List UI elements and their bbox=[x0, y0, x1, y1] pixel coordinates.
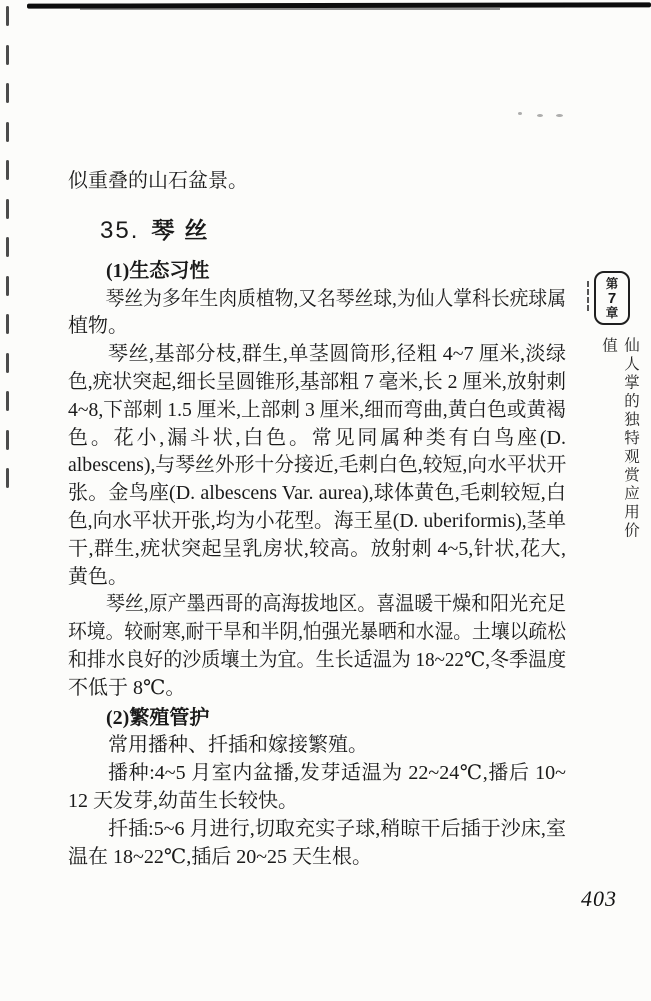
text-line: 扦插:5~6 月进行,切取充实子球,稍晾干后插于沙床,室 bbox=[68, 816, 566, 844]
edge-dash-mark bbox=[6, 314, 9, 334]
edge-dash-mark bbox=[6, 391, 9, 411]
section-heading: 35.琴丝 bbox=[100, 214, 566, 248]
text-line: 黄色。 bbox=[68, 564, 566, 592]
edge-dash-mark bbox=[6, 83, 9, 103]
chapter-title-vertical: 仙人掌的独特观赏应用价值 bbox=[597, 337, 641, 557]
chapter-suffix: 章 bbox=[606, 306, 619, 320]
text-line: 植物。 bbox=[68, 313, 566, 341]
edge-dash-mark bbox=[6, 160, 9, 180]
subsection-heading: (1)生态习性 bbox=[106, 258, 566, 286]
edge-dash-mark bbox=[6, 237, 9, 257]
edge-dash-mark bbox=[6, 199, 9, 219]
section-title: 琴丝 bbox=[151, 218, 217, 243]
edge-dash-mark bbox=[6, 122, 9, 142]
text-line: 似重叠的山石盆景。 bbox=[68, 168, 566, 196]
scan-smudge bbox=[556, 114, 563, 117]
scanned-book-page: 似重叠的山石盆景。35.琴丝(1)生态习性琴丝为多年生肉质植物,又名琴丝球,为仙… bbox=[0, 0, 651, 1001]
text-line: 色。花小,漏斗状,白色。常见同属种类有白鸟座(D. bbox=[68, 425, 566, 453]
text-column: 似重叠的山石盆景。35.琴丝(1)生态习性琴丝为多年生肉质植物,又名琴丝球,为仙… bbox=[68, 168, 566, 871]
text-line: 和排水良好的沙质壤土为宜。生长适温为 18~22℃,冬季温度 bbox=[68, 647, 542, 675]
edge-dash-mark bbox=[6, 430, 9, 450]
text-line: 常用播种、扦插和嫁接繁殖。 bbox=[68, 732, 566, 760]
text-line: 琴丝为多年生肉质植物,又名琴丝球,为仙人掌科长疣球属 bbox=[68, 286, 536, 314]
text-line: 张。金鸟座(D. albescens Var. aurea),球体黄色,毛刺较短… bbox=[68, 480, 566, 508]
text-line: albescens),与琴丝外形十分接近,毛刺白色,较短,向水平状开 bbox=[68, 452, 561, 480]
edge-dash-mark bbox=[6, 276, 9, 296]
text-line: 琴丝,原产墨西哥的高海拔地区。喜温暖干燥和阳光充足 bbox=[68, 591, 540, 619]
text-line: 干,群生,疣状突起呈乳房状,较高。放射刺 4~5,针状,花大, bbox=[68, 536, 566, 564]
scan-smudge bbox=[537, 114, 543, 117]
text-line: 4~8,下部刺 1.5 厘米,上部刺 3 厘米,细而弯曲,黄白色或黄褐 bbox=[68, 397, 558, 425]
edge-dash-mark bbox=[6, 353, 9, 373]
subsection-heading: (2)繁殖管护 bbox=[106, 705, 566, 733]
edge-dash-mark bbox=[6, 468, 9, 488]
text-line: 播种:4~5 月室内盆播,发芽适温为 22~24℃,播后 10~ bbox=[68, 760, 566, 788]
text-line: 温在 18~22℃,插后 20~25 天生根。 bbox=[68, 844, 566, 872]
text-line: 色,向水平状开张,均为小花型。海王星(D. uberiformis),茎单 bbox=[68, 508, 558, 536]
text-line: 琴丝,基部分枝,群生,单茎圆筒形,径粗 4~7 厘米,淡绿 bbox=[68, 341, 566, 369]
section-number: 35. bbox=[100, 217, 139, 244]
chapter-tab: 第 7 章 bbox=[594, 271, 630, 325]
edge-dash-mark bbox=[6, 45, 9, 65]
chapter-number: 7 bbox=[608, 291, 616, 306]
scan-smudge bbox=[518, 112, 522, 115]
text-line: 色,疣状突起,细长呈圆锥形,基部粗 7 毫米,长 2 厘米,放射刺 bbox=[68, 369, 559, 397]
text-line: 环境。较耐寒,耐干旱和半阴,怕强光暴晒和水湿。土壤以疏松 bbox=[68, 619, 536, 647]
edge-dash-mark bbox=[6, 6, 9, 26]
page-number: 403 bbox=[581, 886, 617, 912]
scan-edge-line-shadow bbox=[80, 8, 500, 10]
chapter-prefix: 第 bbox=[606, 277, 619, 291]
text-line: 12 天发芽,幼苗生长较快。 bbox=[68, 788, 566, 816]
text-line: 不低于 8℃。 bbox=[68, 675, 566, 703]
